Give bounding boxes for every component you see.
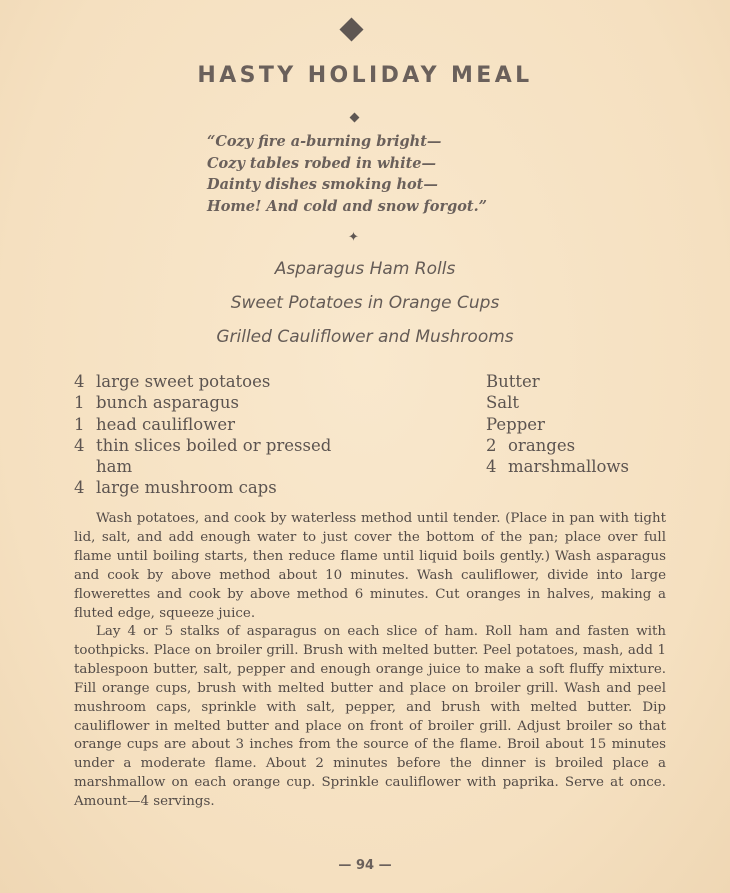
ingredient-name: Pepper [486,415,545,434]
ingredient-name: oranges [508,436,575,455]
poem-line: “Cozy fire a-burning bright— [207,131,487,153]
ingredient-quantity: 4 [486,456,508,477]
ingredient: 1bunch asparagus [74,392,331,413]
book-page: HASTY HOLIDAY MEAL “Cozy fire a-burning … [0,0,730,893]
ingredient-name: large mushroom caps [96,478,277,497]
ingredient: 4large sweet potatoes [74,371,331,392]
ingredient-name: marshmallows [508,457,629,476]
ingredient-continuation: ham [74,456,331,477]
poem-line: Cozy tables robed in white— [207,153,487,175]
poem-line: Dainty dishes smoking hot— [207,174,487,196]
ingredient-name: Salt [486,393,519,412]
menu-item: Grilled Cauliflower and Mushrooms [0,324,730,358]
small-diamond-ornament-icon [350,113,360,123]
menu-item: Asparagus Ham Rolls [0,256,730,290]
ingredient: 4marshmallows [486,456,629,477]
poem-line: Home! And cold and snow forgot.” [207,196,487,218]
ingredient: 4thin slices boiled or pressed [74,435,331,456]
ingredient-name: head cauliflower [96,415,235,434]
ingredient: Butter [486,371,629,392]
ingredient-quantity: 4 [74,371,96,392]
ingredients-list-left: 4large sweet potatoes 1bunch asparagus 1… [74,371,331,499]
ingredient-quantity: 1 [74,414,96,435]
page-title: HASTY HOLIDAY MEAL [0,63,730,88]
directions-paragraph: Wash potatoes, and cook by waterless met… [74,510,666,623]
ingredient-quantity: 4 [74,477,96,498]
ingredient-name: large sweet potatoes [96,372,270,391]
star-ornament-icon: ✦ [348,231,359,244]
ingredient-quantity: 1 [74,392,96,413]
ingredient: 4large mushroom caps [74,477,331,498]
ingredients-list-right: Butter Salt Pepper 2oranges 4marshmallow… [486,371,629,477]
ingredient-name: thin slices boiled or pressed [96,436,331,455]
page-number: — 94 — [0,858,730,873]
ingredient: 2oranges [486,435,629,456]
directions-paragraph: Lay 4 or 5 stalks of asparagus on each s… [74,623,666,812]
ingredient: Salt [486,392,629,413]
ingredient-name: Butter [486,372,540,391]
ingredient-quantity: 4 [74,435,96,456]
menu-item: Sweet Potatoes in Orange Cups [0,290,730,324]
ingredient: 1head cauliflower [74,414,331,435]
ingredient-quantity: 2 [486,435,508,456]
diamond-ornament-icon [339,17,363,41]
ingredient-name: bunch asparagus [96,393,239,412]
ingredient: Pepper [486,414,629,435]
menu-list: Asparagus Ham Rolls Sweet Potatoes in Or… [0,256,730,358]
poem: “Cozy fire a-burning bright— Cozy tables… [207,131,487,217]
